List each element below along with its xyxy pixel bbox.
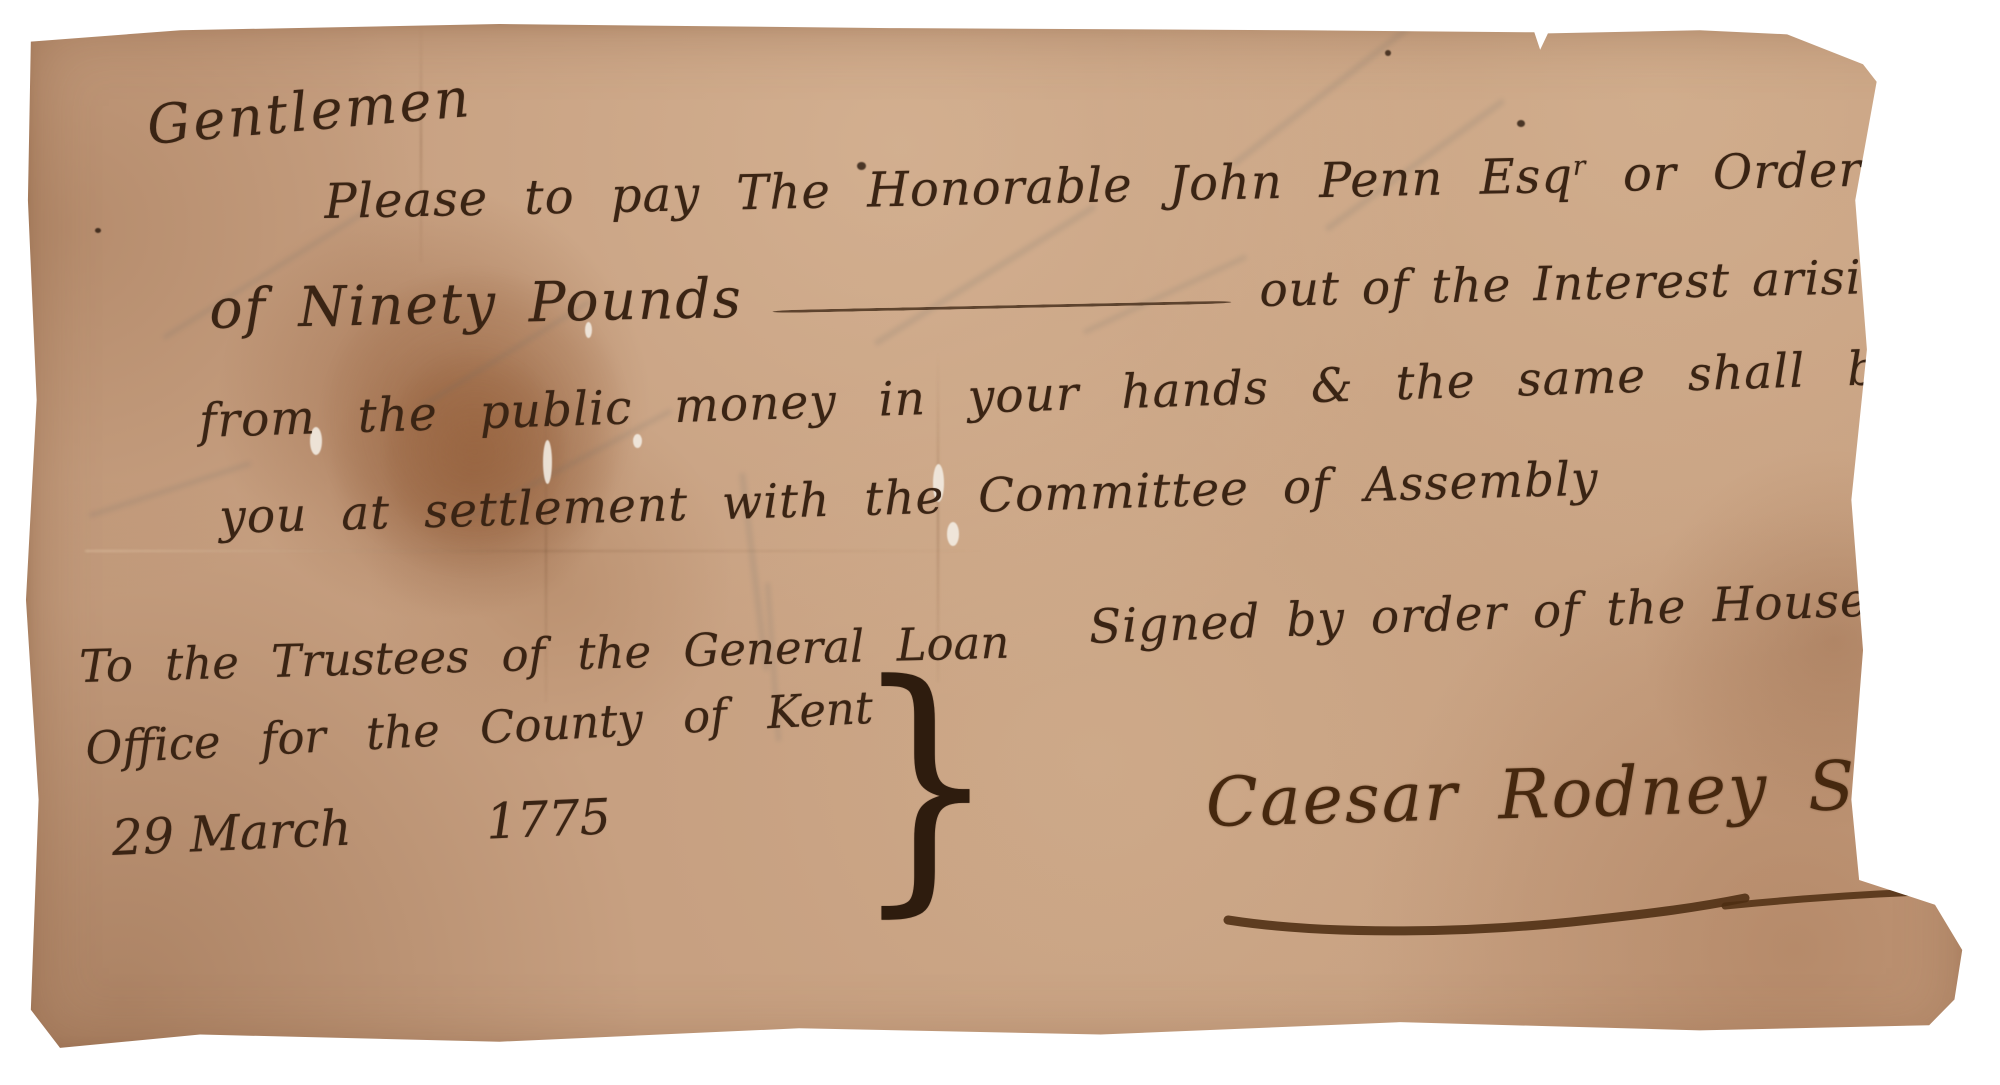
amount-text: of Ninety Pounds [209,266,744,341]
amount-line: of Ninety Pounds out of the Interest ari… [209,241,1925,341]
esq-superscript: r [1572,151,1586,182]
salutation: Gentlemen [145,66,475,157]
document-paper: Gentlemen Please to pay The Honorable Jo… [25,22,1970,1052]
date-year: 1775 [485,788,612,850]
amount-dash-rule [773,301,1232,314]
paper-speck [543,440,552,484]
interest-phrase: out of the Interest arising [1259,249,1925,318]
signature-flourish [1220,870,1960,940]
body-line-3: from the public money in your hands & th… [198,333,2000,449]
date-line: 29 March1775 [111,788,612,867]
scanned-document-canvas: Gentlemen Please to pay The Honorable Jo… [0,0,2000,1085]
ink-spot [1517,120,1525,127]
ghost-writing-mark [1231,3,1440,168]
paper-speck [633,434,642,448]
signed-by-order-line: Signed by order of the House [1088,573,1870,655]
signature: Caesar Rodney Speaker [1205,740,2000,843]
body-line-1-text: Please to pay The Honorable John Penn Es… [324,148,1574,230]
paper-crease [85,550,985,552]
body-line-1: Please to pay The Honorable John Penn Es… [324,136,2000,230]
ink-spot [95,228,101,233]
body-line-4: you at settlement with the Committee of … [218,451,1599,545]
date-day-month: 29 March [111,800,353,867]
ink-spot [1385,50,1391,56]
body-line-1-end: or Order the sum [1586,136,2000,203]
paper-speck [947,522,959,546]
addressee-brace: } [853,628,998,940]
addressee-line-2: Office for the County of Kent [84,681,874,775]
